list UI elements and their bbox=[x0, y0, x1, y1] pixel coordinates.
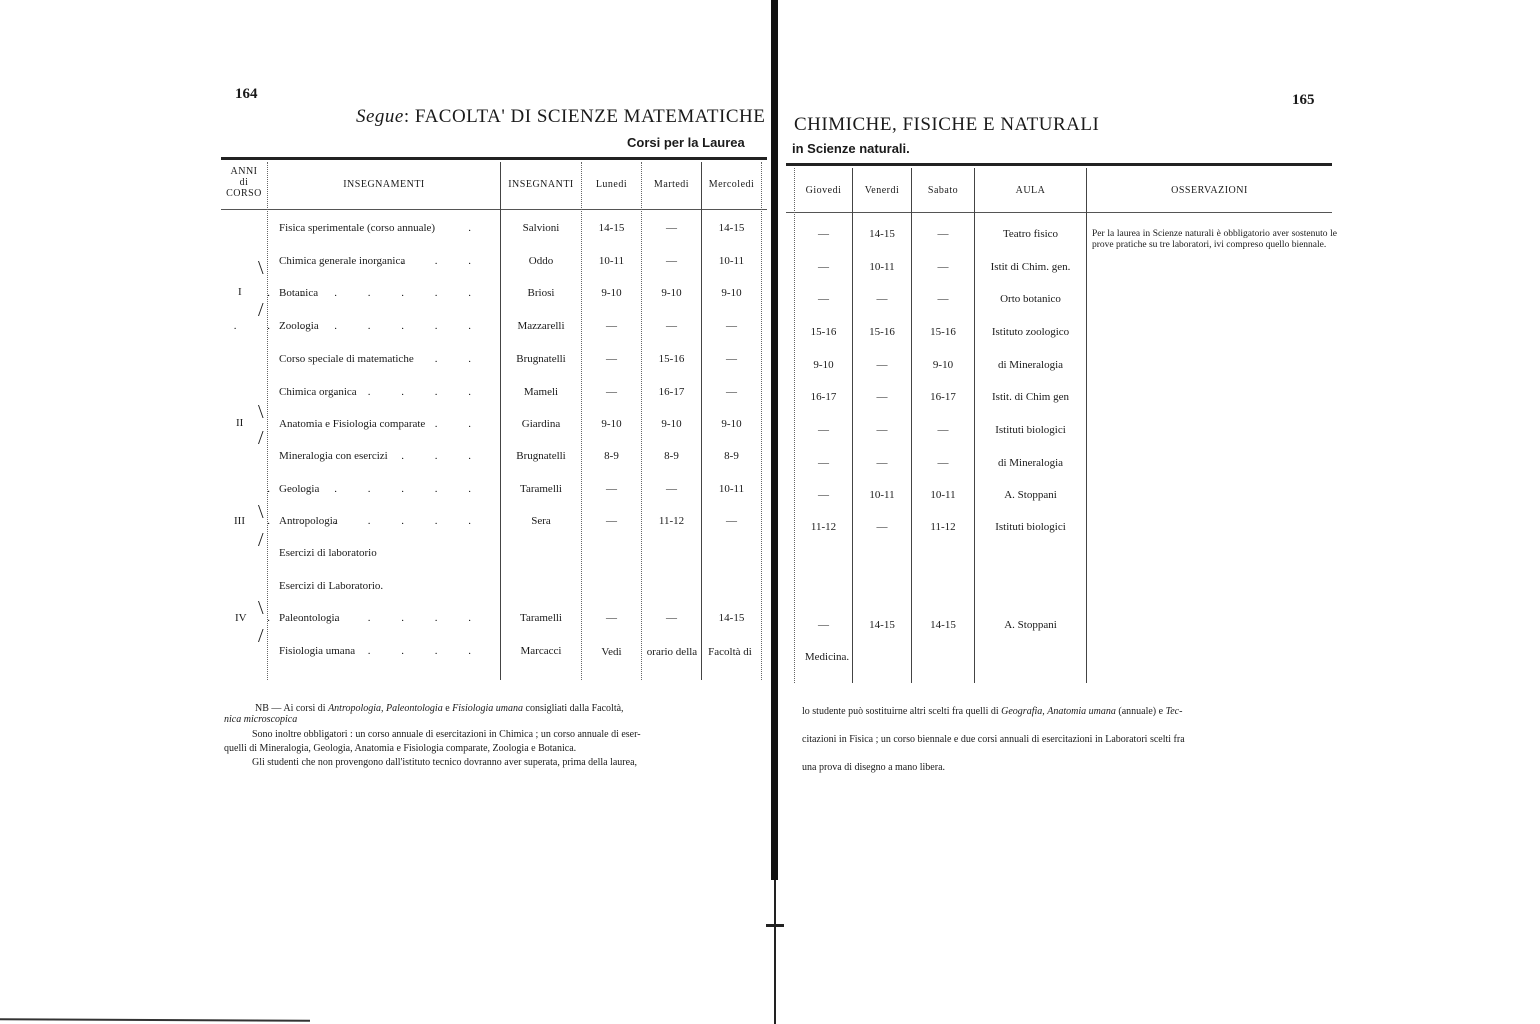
page-subtitle-left: Corsi per la Laurea bbox=[627, 135, 745, 150]
mercoledi-cell: 9-10 bbox=[702, 287, 761, 299]
martedi-cell: 11-12 bbox=[642, 515, 701, 527]
sabato-cell: — bbox=[912, 228, 974, 240]
nb-text: Ai corsi di bbox=[283, 703, 325, 714]
lunedi-cell: — bbox=[582, 320, 641, 332]
brace-mark: / bbox=[258, 428, 264, 448]
martedi-cell: 8-9 bbox=[642, 450, 701, 462]
lunedi-cell: — bbox=[582, 612, 641, 624]
venerdi-cell: — bbox=[853, 359, 911, 371]
leader-dots: . . . bbox=[401, 255, 485, 267]
table-top-rule-right bbox=[786, 163, 1332, 166]
lunedi-cell: 9-10 bbox=[582, 418, 641, 430]
teacher-cell: Sera bbox=[501, 515, 581, 527]
aula-cell: Istit di Chim. gen. bbox=[975, 261, 1086, 273]
mercoledi-cell: 8-9 bbox=[702, 450, 761, 462]
brace-mark: \ bbox=[258, 258, 264, 278]
leader-dots: . . . . . . bbox=[301, 645, 485, 657]
title-prefix: Segue bbox=[356, 106, 404, 127]
nb-dash: — bbox=[271, 703, 281, 714]
lunedi-cell: 9-10 bbox=[582, 287, 641, 299]
header-sabato: Sabato bbox=[912, 185, 974, 196]
lunedi-cell: — bbox=[582, 515, 641, 527]
table-top-rule-left bbox=[221, 157, 767, 160]
aula-cell: A. Stoppani bbox=[975, 619, 1086, 631]
sabato-cell: 15-16 bbox=[912, 326, 974, 338]
nb-text: lo studente può sostituirne altri scelti… bbox=[802, 706, 999, 717]
sabato-cell: 16-17 bbox=[912, 391, 974, 403]
martedi-cell: 16-17 bbox=[642, 386, 701, 398]
header-osservazioni: OSSERVAZIONI bbox=[1087, 185, 1332, 196]
mercoledi-cell: — bbox=[702, 320, 761, 332]
nb-label: NB bbox=[255, 703, 269, 714]
sabato-cell: — bbox=[912, 457, 974, 469]
osservazioni-text: Per la laurea in Scienze naturali è obbl… bbox=[1092, 229, 1337, 251]
brace-mark: \ bbox=[258, 598, 264, 618]
nb-text: consigliati dalla Facoltà, bbox=[526, 703, 624, 714]
nb-italic: Antropologia, bbox=[328, 703, 383, 714]
nb-italic: Paleontologia bbox=[386, 703, 443, 714]
header-insegnamenti: INSEGNAMENTI bbox=[268, 179, 500, 190]
giovedi-cell: — bbox=[795, 261, 852, 273]
leader-dots: . . bbox=[435, 353, 485, 365]
header-anni-di-corso: ANNI di CORSO bbox=[222, 166, 266, 199]
brace-mark: / bbox=[258, 626, 264, 646]
course-name: Mineralogia con esercizi bbox=[279, 450, 388, 462]
sabato-cell: — bbox=[912, 293, 974, 305]
nb-text: e bbox=[445, 703, 449, 714]
giovedi-cell: 16-17 bbox=[795, 391, 852, 403]
teacher-cell: Mazzarelli bbox=[501, 320, 581, 332]
venerdi-cell: — bbox=[853, 521, 911, 533]
course-name: Chimica generale inorganica bbox=[279, 255, 405, 267]
martedi-cell: 9-10 bbox=[642, 418, 701, 430]
mercoledi-cell: 14-15 bbox=[702, 612, 761, 624]
col-divider bbox=[761, 162, 762, 680]
brace-mark: \ bbox=[258, 402, 264, 422]
venerdi-cell: 14-15 bbox=[853, 228, 911, 240]
year-label: II bbox=[236, 417, 243, 429]
aula-cell: di Mineralogia bbox=[975, 457, 1086, 469]
brace-mark: \ bbox=[258, 502, 264, 522]
martedi-cell: 15-16 bbox=[642, 353, 701, 365]
teacher-cell: Brugnatelli bbox=[501, 353, 581, 365]
mercoledi-cell: — bbox=[702, 353, 761, 365]
giovedi-cell: 15-16 bbox=[795, 326, 852, 338]
teacher-cell: Taramelli bbox=[501, 612, 581, 624]
year-label: I bbox=[238, 286, 242, 298]
note-nb-line2: nica microscopica bbox=[224, 714, 297, 725]
header-bottom-rule-right bbox=[786, 212, 1332, 213]
page-title-left: Segue: FACOLTA' DI SCIENZE MATEMATICHE bbox=[356, 106, 765, 128]
course-name: Anatomia e Fisiologia comparate bbox=[279, 418, 425, 430]
title-sep: : bbox=[404, 106, 410, 127]
header-anni-line: CORSO bbox=[222, 188, 266, 199]
lunedi-cell: — bbox=[582, 353, 641, 365]
header-martedi: Martedi bbox=[642, 179, 701, 190]
giovedi-cell: 11-12 bbox=[795, 521, 852, 533]
page-title-right: CHIMICHE, FISICHE E NATURALI bbox=[794, 114, 1099, 136]
teacher-cell: Salvioni bbox=[501, 222, 581, 234]
mercoledi-cell: — bbox=[702, 386, 761, 398]
martedi-cell: — bbox=[642, 320, 701, 332]
gutter-mark bbox=[766, 924, 784, 927]
leader-dots: . . . . . . . bbox=[267, 612, 485, 624]
nb-italic: Geografia, bbox=[1001, 706, 1045, 717]
aula-cell: Istit. di Chim gen bbox=[975, 391, 1086, 403]
leader-dots: . bbox=[468, 222, 485, 234]
lunedi-cell: — bbox=[582, 483, 641, 495]
course-name: Fisica sperimentale (corso annuale) bbox=[279, 222, 435, 234]
nb-text: (annuale) e bbox=[1118, 706, 1163, 717]
venerdi-cell: 14-15 bbox=[853, 619, 911, 631]
teacher-cell: Marcacci bbox=[501, 645, 581, 657]
brace-mark: / bbox=[258, 530, 264, 550]
aula-cell: Istituto zoologico bbox=[975, 326, 1086, 338]
nb-italic: Fisiologia umana bbox=[452, 703, 523, 714]
teacher-cell: Briosi bbox=[501, 287, 581, 299]
aula-cell: di Mineralogia bbox=[975, 359, 1086, 371]
martedi-cell: — bbox=[642, 483, 701, 495]
giovedi-cell: — bbox=[795, 457, 852, 469]
leader-dots: . . . . . . . bbox=[267, 515, 485, 527]
year-label: III bbox=[234, 515, 245, 527]
giovedi-cell: Medicina. bbox=[797, 651, 857, 663]
nb-italic: Tec- bbox=[1166, 706, 1183, 717]
note-p2-right: citazioni in Fisica ; un corso biennale … bbox=[802, 734, 1185, 745]
mercoledi-cell: 9-10 bbox=[702, 418, 761, 430]
note-p2-line2: quelli di Mineralogia, Geologia, Anatomi… bbox=[224, 743, 576, 754]
course-name: Corso speciale di matematiche bbox=[279, 353, 414, 365]
header-mercoledi: Mercoledi bbox=[702, 179, 761, 190]
giovedi-cell: — bbox=[795, 293, 852, 305]
title-main-left: FACOLTA' DI SCIENZE MATEMATICHE bbox=[415, 106, 765, 127]
nb-italic: Anatomia umana bbox=[1047, 706, 1116, 717]
note-p3-left: Gli studenti che non provengono dall'ist… bbox=[252, 757, 637, 768]
book-gutter-line bbox=[774, 880, 776, 1024]
col-divider bbox=[267, 162, 268, 680]
martedi-cell: — bbox=[642, 255, 701, 267]
page-subtitle-right: in Scienze naturali. bbox=[792, 141, 910, 156]
martedi-cell: — bbox=[642, 612, 701, 624]
leader-dots: . . . . . . . . bbox=[234, 320, 485, 332]
venerdi-cell: 10-11 bbox=[853, 489, 911, 501]
aula-cell: Orto botanico bbox=[975, 293, 1086, 305]
sabato-cell: 9-10 bbox=[912, 359, 974, 371]
sabato-cell: — bbox=[912, 424, 974, 436]
page-number-right: 165 bbox=[1292, 92, 1315, 109]
header-lunedi: Lunedi bbox=[582, 179, 641, 190]
leader-dots: . . . . . . bbox=[301, 386, 485, 398]
mercoledi-cell: 10-11 bbox=[702, 483, 761, 495]
nb-italic: nica microscopica bbox=[224, 714, 297, 725]
teacher-cell: Taramelli bbox=[501, 483, 581, 495]
venerdi-cell: — bbox=[853, 424, 911, 436]
lunedi-cell: 10-11 bbox=[582, 255, 641, 267]
giovedi-cell: — bbox=[795, 489, 852, 501]
header-aula: AULA bbox=[975, 185, 1086, 196]
mercoledi-cell: 10-11 bbox=[702, 255, 761, 267]
page-number-left: 164 bbox=[235, 86, 258, 103]
aula-cell: Teatro fisico bbox=[975, 228, 1086, 240]
note-nb-left: NB — Ai corsi di Antropologia, Paleontol… bbox=[255, 703, 624, 714]
sabato-cell: — bbox=[912, 261, 974, 273]
giovedi-cell: — bbox=[795, 619, 852, 631]
venerdi-cell: 10-11 bbox=[853, 261, 911, 273]
header-anni-line: ANNI bbox=[222, 166, 266, 177]
header-giovedi: Giovedi bbox=[795, 185, 852, 196]
leader-dots: . . . bbox=[401, 450, 485, 462]
lunedi-cell: 14-15 bbox=[582, 222, 641, 234]
giovedi-cell: — bbox=[795, 424, 852, 436]
venerdi-cell: — bbox=[853, 457, 911, 469]
leader-dots: . . bbox=[435, 418, 485, 430]
header-venerdi: Venerdi bbox=[853, 185, 911, 196]
page-bottom-edge bbox=[0, 1018, 310, 1022]
note-p2-left: Sono inoltre obbligatori : un corso annu… bbox=[252, 729, 641, 740]
year-label: IV bbox=[235, 612, 247, 624]
header-insegnanti: INSEGNANTI bbox=[501, 179, 581, 190]
course-name: Esercizi di Laboratorio. bbox=[279, 580, 383, 592]
lunedi-cell: 8-9 bbox=[582, 450, 641, 462]
martedi-cell: 9-10 bbox=[642, 287, 701, 299]
leader-dots: . . . . . . . bbox=[267, 287, 485, 299]
leader-dots: . . . . . . . bbox=[267, 483, 485, 495]
martedi-cell: — bbox=[642, 222, 701, 234]
aula-cell: A. Stoppani bbox=[975, 489, 1086, 501]
sabato-cell: 14-15 bbox=[912, 619, 974, 631]
teacher-cell: Giardina bbox=[501, 418, 581, 430]
venerdi-cell: — bbox=[853, 391, 911, 403]
sabato-cell: 11-12 bbox=[912, 521, 974, 533]
mercoledi-cell: 14-15 bbox=[702, 222, 761, 234]
mercoledi-cell: — bbox=[702, 515, 761, 527]
header-anni-line: di bbox=[222, 177, 266, 188]
course-name: Esercizi di laboratorio bbox=[279, 547, 377, 559]
note-nb-right: lo studente può sostituirne altri scelti… bbox=[802, 706, 1182, 717]
venerdi-cell: 15-16 bbox=[853, 326, 911, 338]
teacher-cell: Oddo bbox=[501, 255, 581, 267]
book-spine bbox=[771, 0, 778, 880]
lunedi-cell: — bbox=[582, 386, 641, 398]
aula-cell: Istituti biologici bbox=[975, 424, 1086, 436]
mercoledi-cell: Facoltà di bbox=[700, 646, 760, 658]
giovedi-cell: 9-10 bbox=[795, 359, 852, 371]
col-divider bbox=[1086, 168, 1087, 683]
venerdi-cell: — bbox=[853, 293, 911, 305]
aula-cell: Istituti biologici bbox=[975, 521, 1086, 533]
note-p3-right: una prova di disegno a mano libera. bbox=[802, 762, 945, 773]
teacher-cell: Mameli bbox=[501, 386, 581, 398]
sabato-cell: 10-11 bbox=[912, 489, 974, 501]
teacher-cell: Brugnatelli bbox=[501, 450, 581, 462]
giovedi-cell: — bbox=[795, 228, 852, 240]
brace-mark: / bbox=[258, 300, 264, 320]
header-bottom-rule-left bbox=[221, 209, 767, 210]
